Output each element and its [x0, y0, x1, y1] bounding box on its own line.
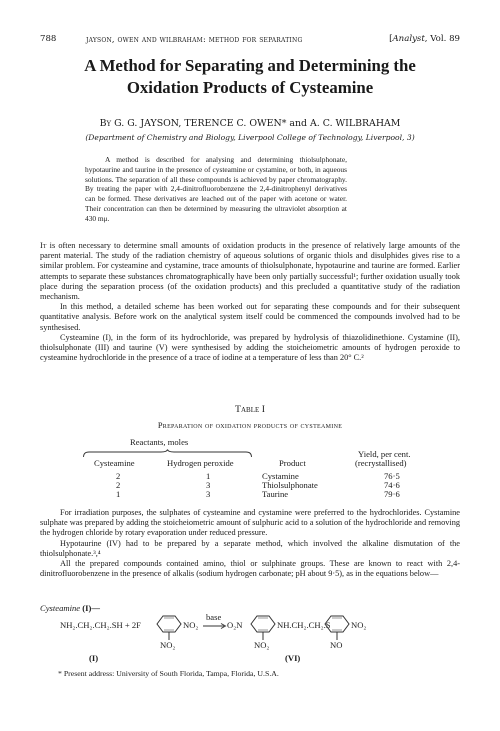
compound-label-i: (I): [89, 653, 98, 663]
table-caption: Preparation of oxidation products of cys…: [0, 421, 500, 430]
paragraph-3: Cysteamine (I), in the form of its hydro…: [40, 333, 460, 364]
table-cell: Taurine: [262, 490, 288, 499]
authors: G. G. JAYSON, TERENCE C. OWEN* and A. C.…: [114, 118, 400, 129]
bond-line-icon: [168, 632, 170, 640]
col-header-peroxide: Hydrogen peroxide: [167, 459, 234, 468]
table-cell: 1: [116, 490, 120, 499]
col-header-cysteamine: Cysteamine: [94, 459, 135, 468]
no2-group: NO₂: [160, 640, 175, 650]
journal-name: Analyst: [392, 34, 424, 44]
journal-reference: [Analyst, Vol. 89: [389, 32, 460, 46]
paragraph-6: All the prepared compounds contained ami…: [40, 559, 460, 579]
table-cell: 79·6: [384, 490, 400, 499]
page-number: 788: [40, 32, 56, 46]
running-header: 788 JAYSON, OWEN AND WILBRAHAM: METHOD F…: [40, 32, 460, 46]
o2n-group: O₂N: [227, 620, 242, 630]
no2-group: NO₂: [254, 640, 269, 650]
reactant-formula: NH₂.CH₂.CH₂.SH + 2F: [60, 620, 141, 630]
no-group: NO: [330, 640, 342, 650]
footnote: * Present address: University of South F…: [58, 668, 458, 680]
reaction-arrow-icon: [203, 622, 227, 630]
body-section-1: It is often necessary to determine small…: [40, 241, 460, 363]
abstract: A method is described for analysing and …: [85, 155, 347, 224]
equation-heading: Cysteamine (I)—: [40, 603, 100, 613]
table-cell: 3: [206, 490, 210, 499]
bond-line-icon: [336, 632, 338, 640]
abstract-text: A method is described for analysing and …: [85, 155, 347, 224]
journal-volume: , Vol. 89: [425, 34, 460, 44]
compound-label-vi: (VI): [285, 653, 300, 663]
body-section-2: For irradiation purposes, the sulphates …: [40, 508, 460, 579]
paragraph-4: For irradiation purposes, the sulphates …: [40, 508, 460, 539]
bond-line-icon: [262, 632, 264, 640]
authors-line: By G. G. JAYSON, TERENCE C. OWEN* and A.…: [0, 117, 500, 130]
col-header-product: Product: [279, 459, 306, 468]
article-title: A Method for Separating and Determining …: [0, 55, 500, 99]
paragraph-2: In this method, a detailed scheme has be…: [40, 302, 460, 333]
table-label: Table I: [0, 404, 500, 415]
no2-group: NO₂: [183, 620, 198, 630]
col-header-yield-sub: (recrystallised): [355, 459, 407, 468]
no2-group: NO₂: [351, 620, 366, 630]
brace-icon: [83, 449, 252, 457]
paragraph-5: Hypotaurine (IV) had to be prepared by a…: [40, 539, 460, 559]
running-title: JAYSON, OWEN AND WILBRAHAM: METHOD FOR S…: [86, 32, 302, 46]
affiliation: (Department of Chemistry and Biology, Li…: [0, 132, 500, 143]
group-header: Reactants, moles: [130, 438, 188, 447]
arrow-label: base: [206, 612, 221, 622]
paragraph-1: It is often necessary to determine small…: [40, 241, 460, 302]
